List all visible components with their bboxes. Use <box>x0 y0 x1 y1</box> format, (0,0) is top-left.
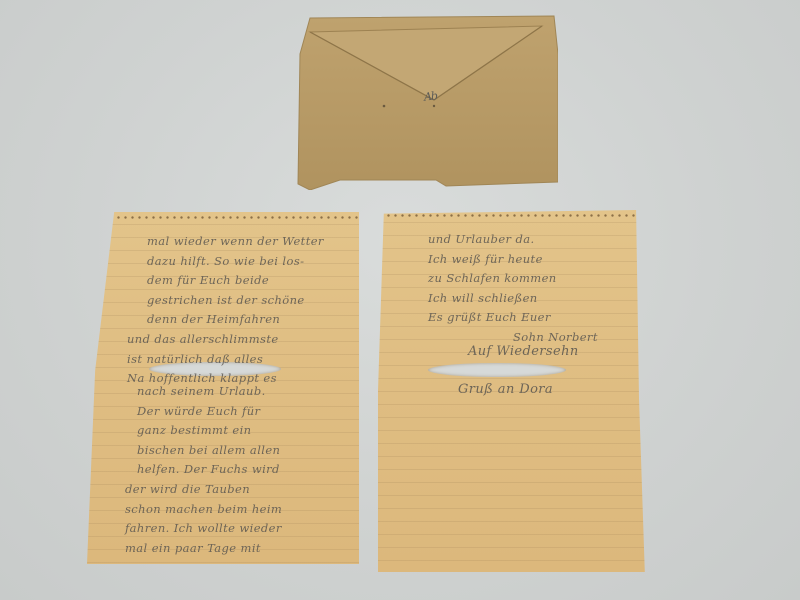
envelope: Ab <box>296 14 558 190</box>
handwriting-block-top: und Urlauber da. Ich weiß für heute zu S… <box>428 230 598 348</box>
photo-scene: Ab mal wieder wenn der Wetter dazu hilft… <box>0 0 800 600</box>
torn-hole <box>428 363 566 377</box>
handwriting-line: nach seinem Urlaub. <box>137 382 282 402</box>
handwriting-line: bischen bei allem allen <box>137 441 282 461</box>
perforation-edge <box>378 214 668 217</box>
letter-page-left: mal wieder wenn der Wetter dazu hilft. S… <box>87 212 359 564</box>
handwriting-line: ganz bestimmt ein <box>137 421 282 441</box>
handwriting-line: schon machen beim heim <box>125 500 282 520</box>
handwriting-line: und das allerschlimmste <box>127 330 324 350</box>
handwriting-line: zu Schlafen kommen <box>428 269 598 289</box>
closing-greeting: Gruß an Dora <box>458 380 553 400</box>
handwriting-line: dazu hilft. So wie bei los- <box>147 252 324 272</box>
handwriting-line: Ich weiß für heute <box>428 250 598 270</box>
handwriting-line: gestrichen ist der schöne <box>147 291 324 311</box>
handwriting-line: helfen. Der Fuchs wird <box>137 460 282 480</box>
handwriting-line: denn der Heimfahren <box>147 310 324 330</box>
perforation-edge <box>87 216 359 219</box>
handwriting-line: mal wieder wenn der Wetter <box>147 232 324 252</box>
handwriting-line: ist natürlich daß alles <box>127 350 324 370</box>
handwriting-line: fahren. Ich wollte wieder <box>125 519 282 539</box>
closing-line: Auf Wiedersehn <box>468 342 579 362</box>
handwriting-line: dem für Euch beide <box>147 271 324 291</box>
handwriting-line: und Urlauber da. <box>428 230 598 250</box>
envelope-mark: Ab <box>423 89 437 103</box>
handwriting-line: der wird die Tauben <box>125 480 282 500</box>
handwriting-line: Der würde Euch für <box>137 402 282 422</box>
handwriting-line: mal ein paar Tage mit <box>125 539 282 559</box>
handwriting-line: Ich will schließen <box>428 289 598 309</box>
handwriting-line: Es grüßt Euch Euer <box>428 308 598 328</box>
handwriting-block-bottom: nach seinem Urlaub. Der würde Euch für g… <box>137 382 282 558</box>
letter-page-right: und Urlauber da. Ich weiß für heute zu S… <box>378 210 668 572</box>
handwriting-block-top: mal wieder wenn der Wetter dazu hilft. S… <box>147 232 324 389</box>
